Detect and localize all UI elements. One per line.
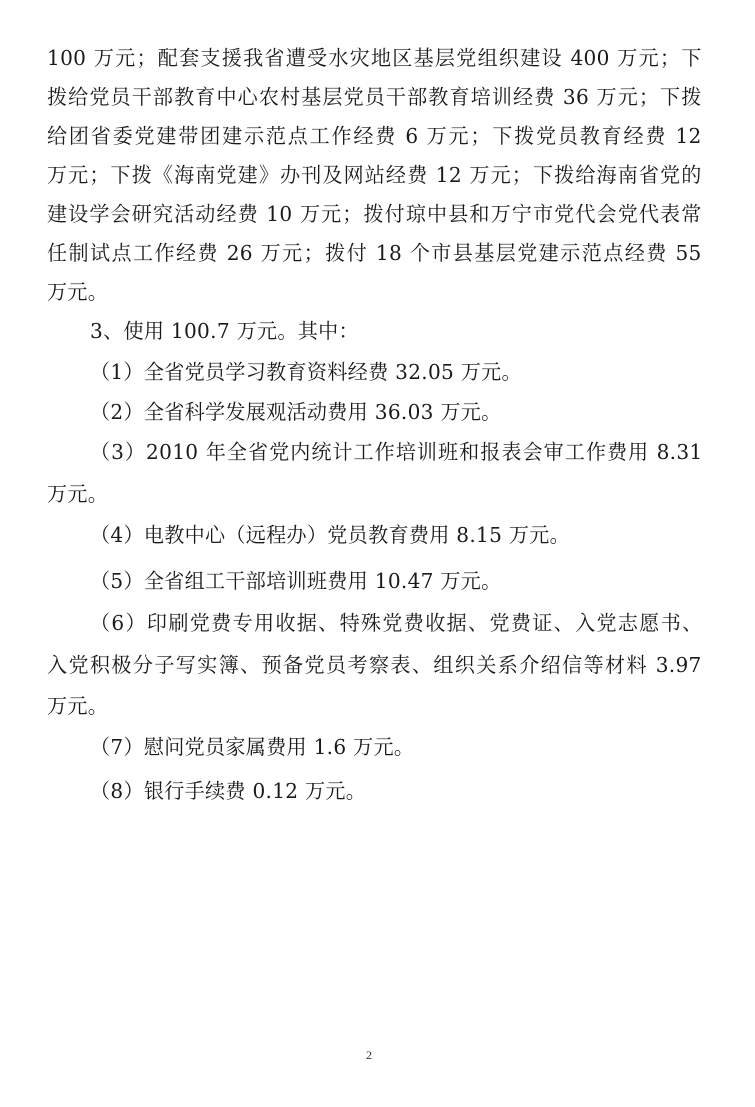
text-line: （8）银行手续费 0.12 万元。 [90,776,703,806]
text-line: （6）印刷党费专用收据、特殊党费收据、党费证、入党志愿书、 [90,608,703,638]
text-line: （7）慰问党员家属费用 1.6 万元。 [90,732,703,762]
text-line: （4）电教中心（远程办）党员教育费用 8.15 万元。 [90,520,703,550]
text-line: （2）全省科学发展观活动费用 36.03 万元。 [90,397,703,427]
text-line: 万元；下拨《海南党建》办刊及网站经费 12 万元；下拨给海南省党的 [47,160,702,190]
text-line: 任制试点工作经费 26 万元；拨付 18 个市县基层党建示范点经费 55 [47,238,702,268]
document-page: 100 万元；配套支援我省遭受水灾地区基层党组织建设 400 万元；下拨给党员干… [0,0,755,1107]
text-line: （5）全省组工干部培训班费用 10.47 万元。 [90,566,703,596]
text-line: 万元。 [47,479,702,509]
text-line: 3、使用 100.7 万元。其中： [90,316,703,346]
text-line: （1）全省党员学习教育资料经费 32.05 万元。 [90,357,703,387]
page-number: 2 [366,1048,372,1063]
text-line: 万元。 [47,277,702,307]
text-line: 给团省委党建带团建示范点工作经费 6 万元；下拨党员教育经费 12 [47,121,702,151]
text-line: 建设学会研究活动经费 10 万元；拨付琼中县和万宁市党代会党代表常 [47,199,702,229]
text-line: （3）2010 年全省党内统计工作培训班和报表会审工作费用 8.31 [90,437,703,467]
text-line: 万元。 [47,691,702,721]
text-line: 拨给党员干部教育中心农村基层党员干部教育培训经费 36 万元；下拨 [47,82,702,112]
text-line: 入党积极分子写实簿、预备党员考察表、组织关系介绍信等材料 3.97 [47,650,702,680]
text-line: 100 万元；配套支援我省遭受水灾地区基层党组织建设 400 万元；下 [47,43,702,73]
